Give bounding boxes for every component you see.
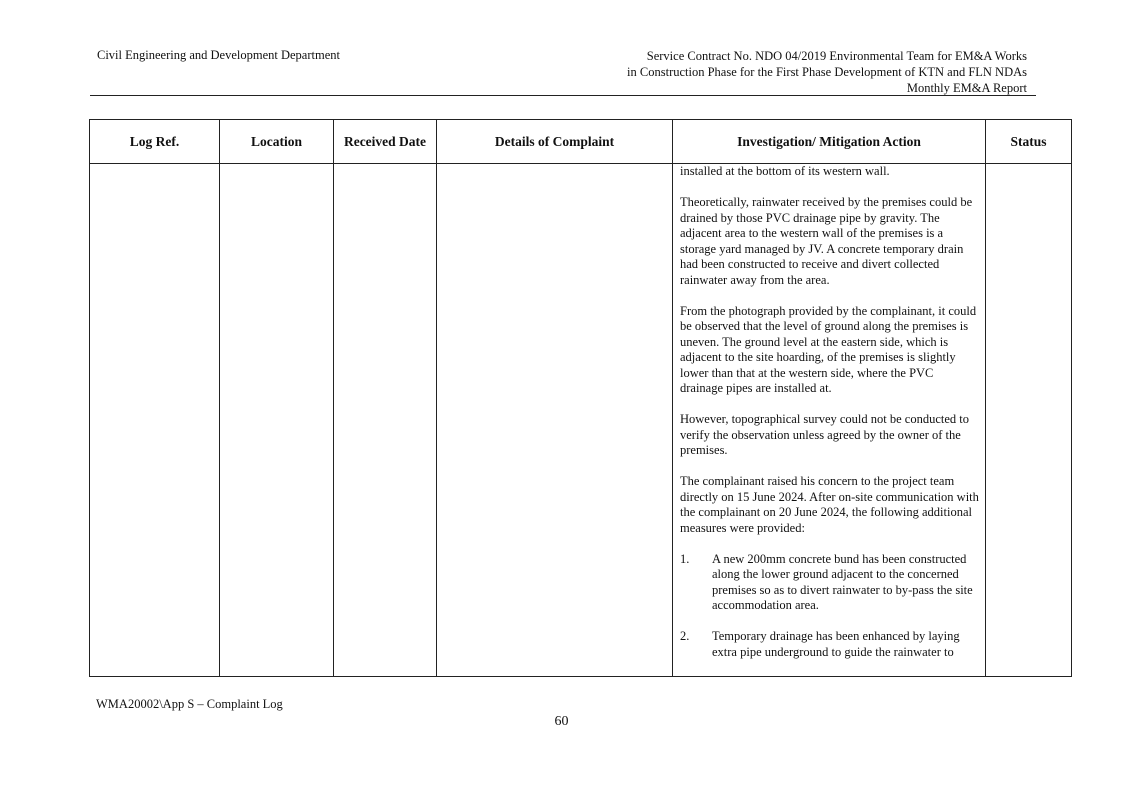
column-header-details: Details of Complaint — [437, 120, 673, 164]
action-paragraph: However, topographical survey could not … — [680, 412, 979, 459]
measure-number: 1. — [680, 552, 712, 614]
column-header-location: Location — [220, 120, 334, 164]
action-paragraph: From the photograph provided by the comp… — [680, 304, 979, 397]
column-header-status: Status — [986, 120, 1072, 164]
table-header-row: Log Ref. Location Received Date Details … — [90, 120, 1072, 164]
action-paragraph: Theoretically, rainwater received by the… — [680, 195, 979, 288]
measure-text: A new 200mm concrete bund has been const… — [712, 552, 979, 614]
column-header-received-date: Received Date — [334, 120, 437, 164]
cell-location — [220, 164, 334, 677]
header-contract-line: in Construction Phase for the First Phas… — [627, 64, 1027, 80]
cell-received-date — [334, 164, 437, 677]
complaint-log-table: Log Ref. Location Received Date Details … — [89, 119, 1072, 677]
action-paragraph: installed at the bottom of its western w… — [680, 164, 979, 180]
measure-text: Temporary drainage has been enhanced by … — [712, 629, 979, 660]
action-paragraph: The complainant raised his concern to th… — [680, 474, 979, 536]
header-report-title: Monthly EM&A Report — [627, 80, 1027, 96]
measure-list-item: 2. Temporary drainage has been enhanced … — [680, 629, 979, 660]
table-row: installed at the bottom of its western w… — [90, 164, 1072, 677]
cell-status — [986, 164, 1072, 677]
cell-action: installed at the bottom of its western w… — [673, 164, 986, 677]
column-header-log-ref: Log Ref. — [90, 120, 220, 164]
header-divider — [90, 95, 1036, 96]
cell-details — [437, 164, 673, 677]
cell-log-ref — [90, 164, 220, 677]
footer-document-ref: WMA20002\App S – Complaint Log — [96, 697, 283, 712]
measure-number: 2. — [680, 629, 712, 660]
page-number: 60 — [0, 714, 1123, 730]
header-contract: Service Contract No. NDO 04/2019 Environ… — [627, 48, 1027, 96]
column-header-action: Investigation/ Mitigation Action — [673, 120, 986, 164]
measure-list-item: 1. A new 200mm concrete bund has been co… — [680, 552, 979, 614]
header-contract-line: Service Contract No. NDO 04/2019 Environ… — [627, 48, 1027, 64]
header-department: Civil Engineering and Development Depart… — [97, 48, 340, 63]
